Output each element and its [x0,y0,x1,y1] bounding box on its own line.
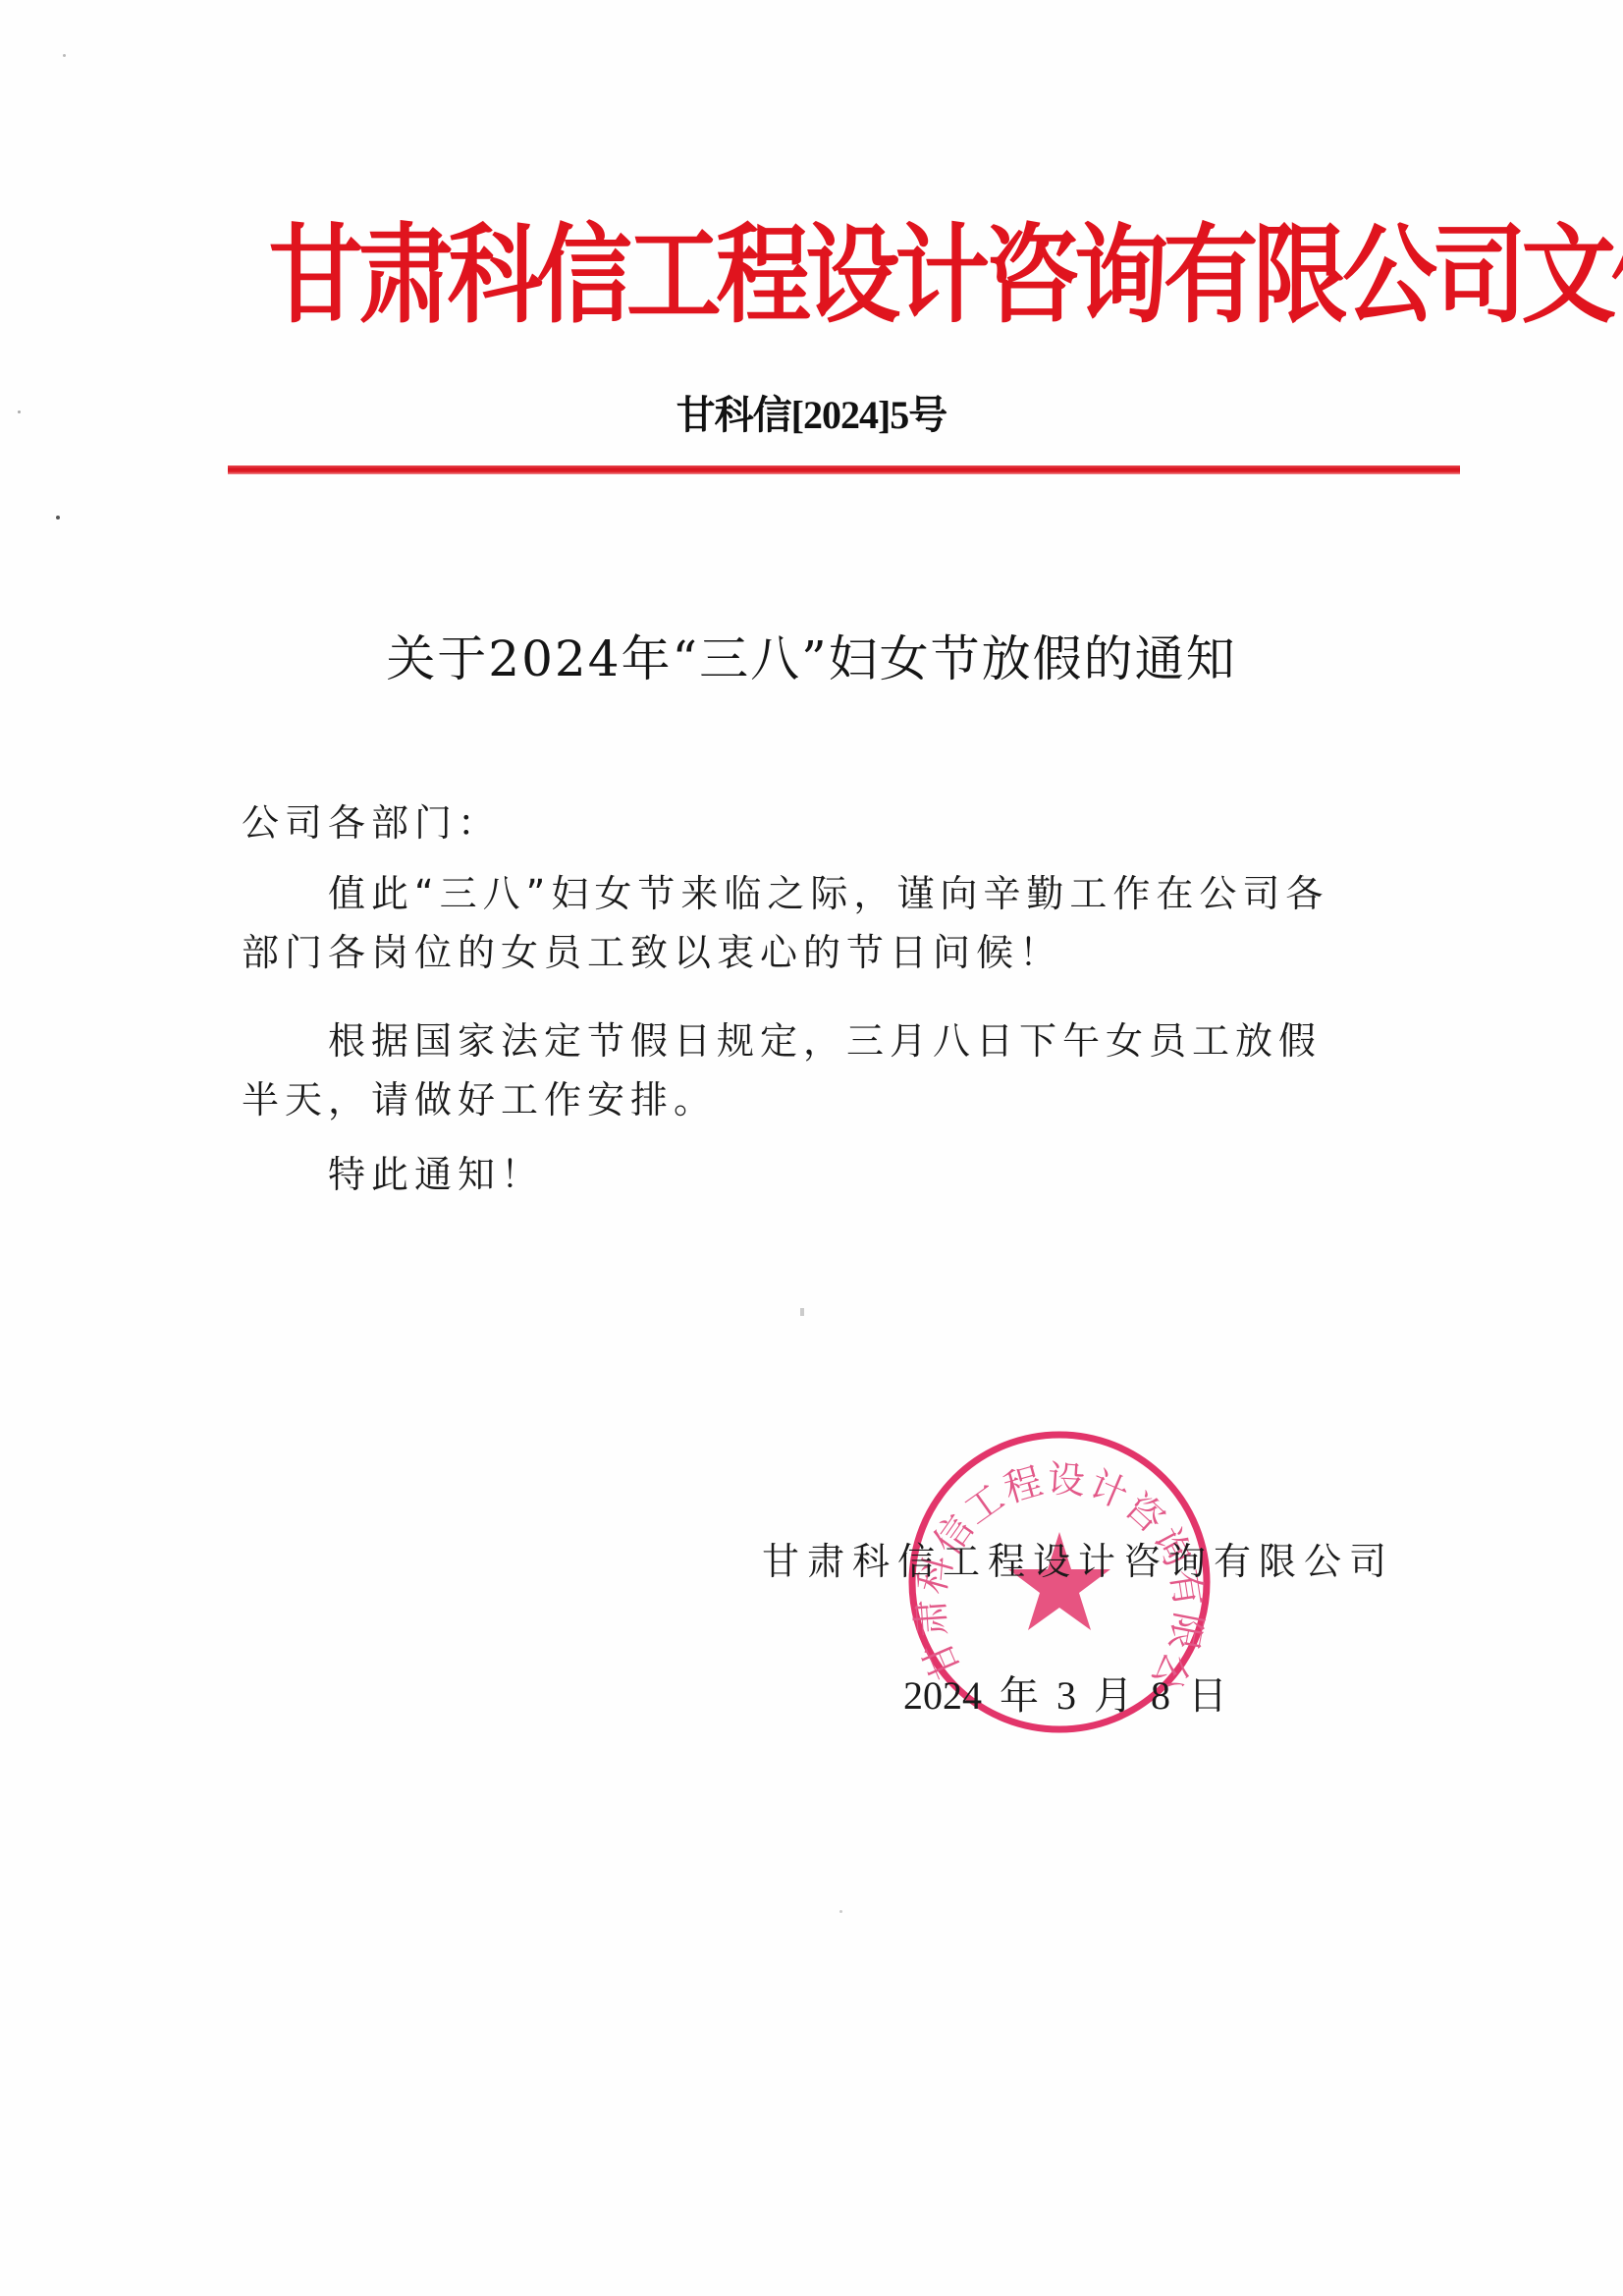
header-divider [228,465,1460,474]
paragraph-closing: 特此通知！ [242,1145,1361,1204]
paragraph-holiday-arrangement: 根据国家法定节假日规定，三月八日下午女员工放假半天，请做好工作安排。 [242,1011,1361,1129]
date-year: 2024 [903,1673,982,1718]
salutation: 公司各部门： [242,793,1361,852]
scan-speck [18,410,21,413]
scan-speck [800,1308,804,1316]
issue-date: 2024年3月8日 [903,1669,1245,1722]
paragraph-greeting: 值此“三八”妇女节来临之际，谨向辛勤工作在公司各部门各岗位的女员工致以衷心的节日… [242,864,1361,982]
document-header-title: 甘肃科信工程设计咨询有限公司文件 [268,203,1400,348]
scan-speck [839,1910,842,1913]
date-year-unit: 年 [1000,1673,1039,1718]
scan-speck [56,516,60,519]
date-month: 3 [1056,1673,1076,1718]
notice-title: 关于2024年“三八”妇女节放假的通知 [0,625,1623,693]
document-number: 甘科信[2024]5号 [0,388,1623,443]
issuer-signature: 甘肃科信工程设计咨询有限公司 [762,1535,1394,1588]
date-day: 8 [1151,1673,1170,1718]
scan-speck [63,54,66,57]
date-day-unit: 日 [1188,1673,1227,1718]
date-month-unit: 月 [1094,1673,1133,1718]
document-page: 甘肃科信工程设计咨询有限公司文件 甘科信[2024]5号 关于2024年“三八”… [0,0,1623,2296]
